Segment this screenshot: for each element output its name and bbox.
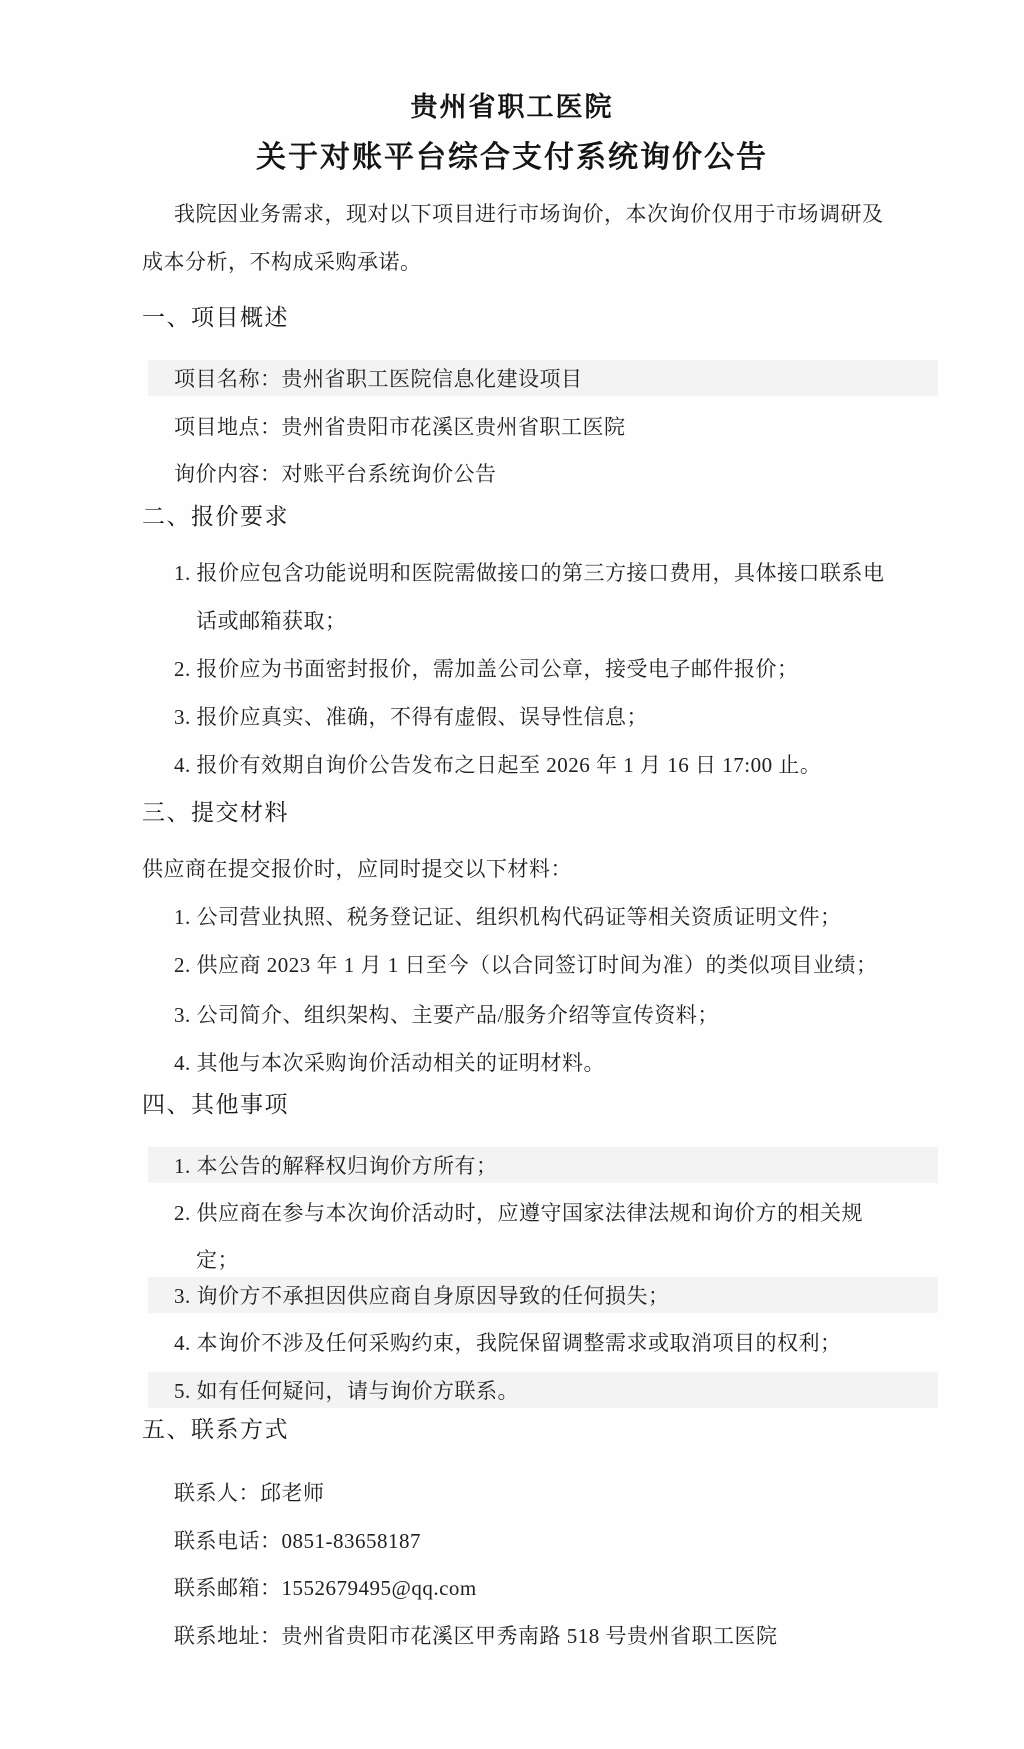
- material-4: 4. 其他与本次采购询价活动相关的证明材料。: [174, 1048, 605, 1078]
- other-3: 3. 询价方不承担因供应商自身原因导致的任何损失；: [174, 1281, 670, 1311]
- other-1: 1. 本公告的解释权归询价方所有；: [174, 1151, 498, 1181]
- project-name-line: 项目名称：贵州省职工医院信息化建设项目: [174, 364, 583, 394]
- quote-req-2: 2. 报价应为书面密封报价，需加盖公司公章，接受电子邮件报价；: [174, 654, 799, 684]
- section-1-heading: 一、项目概述: [142, 301, 289, 334]
- contact-address-line: 联系地址：贵州省贵阳市花溪区甲秀南路 518 号贵州省职工医院: [174, 1621, 778, 1651]
- section-2-heading: 二、报价要求: [142, 500, 289, 533]
- contact-phone-line: 联系电话：0851-83658187: [174, 1526, 421, 1556]
- quote-req-1-line-1: 1. 报价应包含功能说明和医院需做接口的第三方接口费用，具体接口联系电: [174, 558, 885, 588]
- material-2: 2. 供应商 2023 年 1 月 1 日至今（以合同签订时间为准）的类似项目业…: [174, 950, 878, 980]
- intro-line-2: 成本分析，不构成采购承诺。: [142, 247, 422, 277]
- section-5-heading: 五、联系方式: [142, 1413, 289, 1446]
- other-5: 5. 如有任何疑问，请与询价方联系。: [174, 1376, 519, 1406]
- project-location-line: 项目地点：贵州省贵阳市花溪区贵州省职工医院: [174, 412, 626, 442]
- quote-req-1-line-2: 话或邮箱获取；: [196, 606, 347, 636]
- materials-intro: 供应商在提交报价时，应同时提交以下材料：: [142, 854, 572, 884]
- inquiry-content-line: 询价内容：对账平台系统询价公告: [174, 459, 497, 489]
- quote-req-3: 3. 报价应真实、准确，不得有虚假、误导性信息；: [174, 702, 648, 732]
- other-4: 4. 本询价不涉及任何采购约束，我院保留调整需求或取消项目的权利；: [174, 1328, 842, 1358]
- material-1: 1. 公司营业执照、税务登记证、组织机构代码证等相关资质证明文件；: [174, 902, 842, 932]
- document-page: 贵州省职工医院 关于对账平台综合支付系统询价公告 我院因业务需求，现对以下项目进…: [0, 0, 1024, 1749]
- other-2-line-2: 定；: [196, 1245, 239, 1275]
- contact-email-line: 联系邮箱：1552679495@qq.com: [174, 1573, 477, 1603]
- material-3: 3. 公司简介、组织架构、主要产品/服务介绍等宣传资料；: [174, 1000, 719, 1030]
- other-2-line-1: 2. 供应商在参与本次询价活动时，应遵守国家法律法规和询价方的相关规: [174, 1198, 863, 1228]
- contact-person-line: 联系人：邱老师: [174, 1478, 325, 1508]
- section-4-heading: 四、其他事项: [142, 1088, 289, 1121]
- page-title: 贵州省职工医院: [0, 88, 1024, 127]
- section-3-heading: 三、提交材料: [142, 796, 289, 829]
- quote-req-4: 4. 报价有效期自询价公告发布之日起至 2026 年 1 月 16 日 17:0…: [174, 750, 821, 780]
- page-subtitle: 关于对账平台综合支付系统询价公告: [0, 136, 1024, 180]
- intro-line-1: 我院因业务需求，现对以下项目进行市场询价，本次询价仅用于市场调研及: [174, 199, 884, 229]
